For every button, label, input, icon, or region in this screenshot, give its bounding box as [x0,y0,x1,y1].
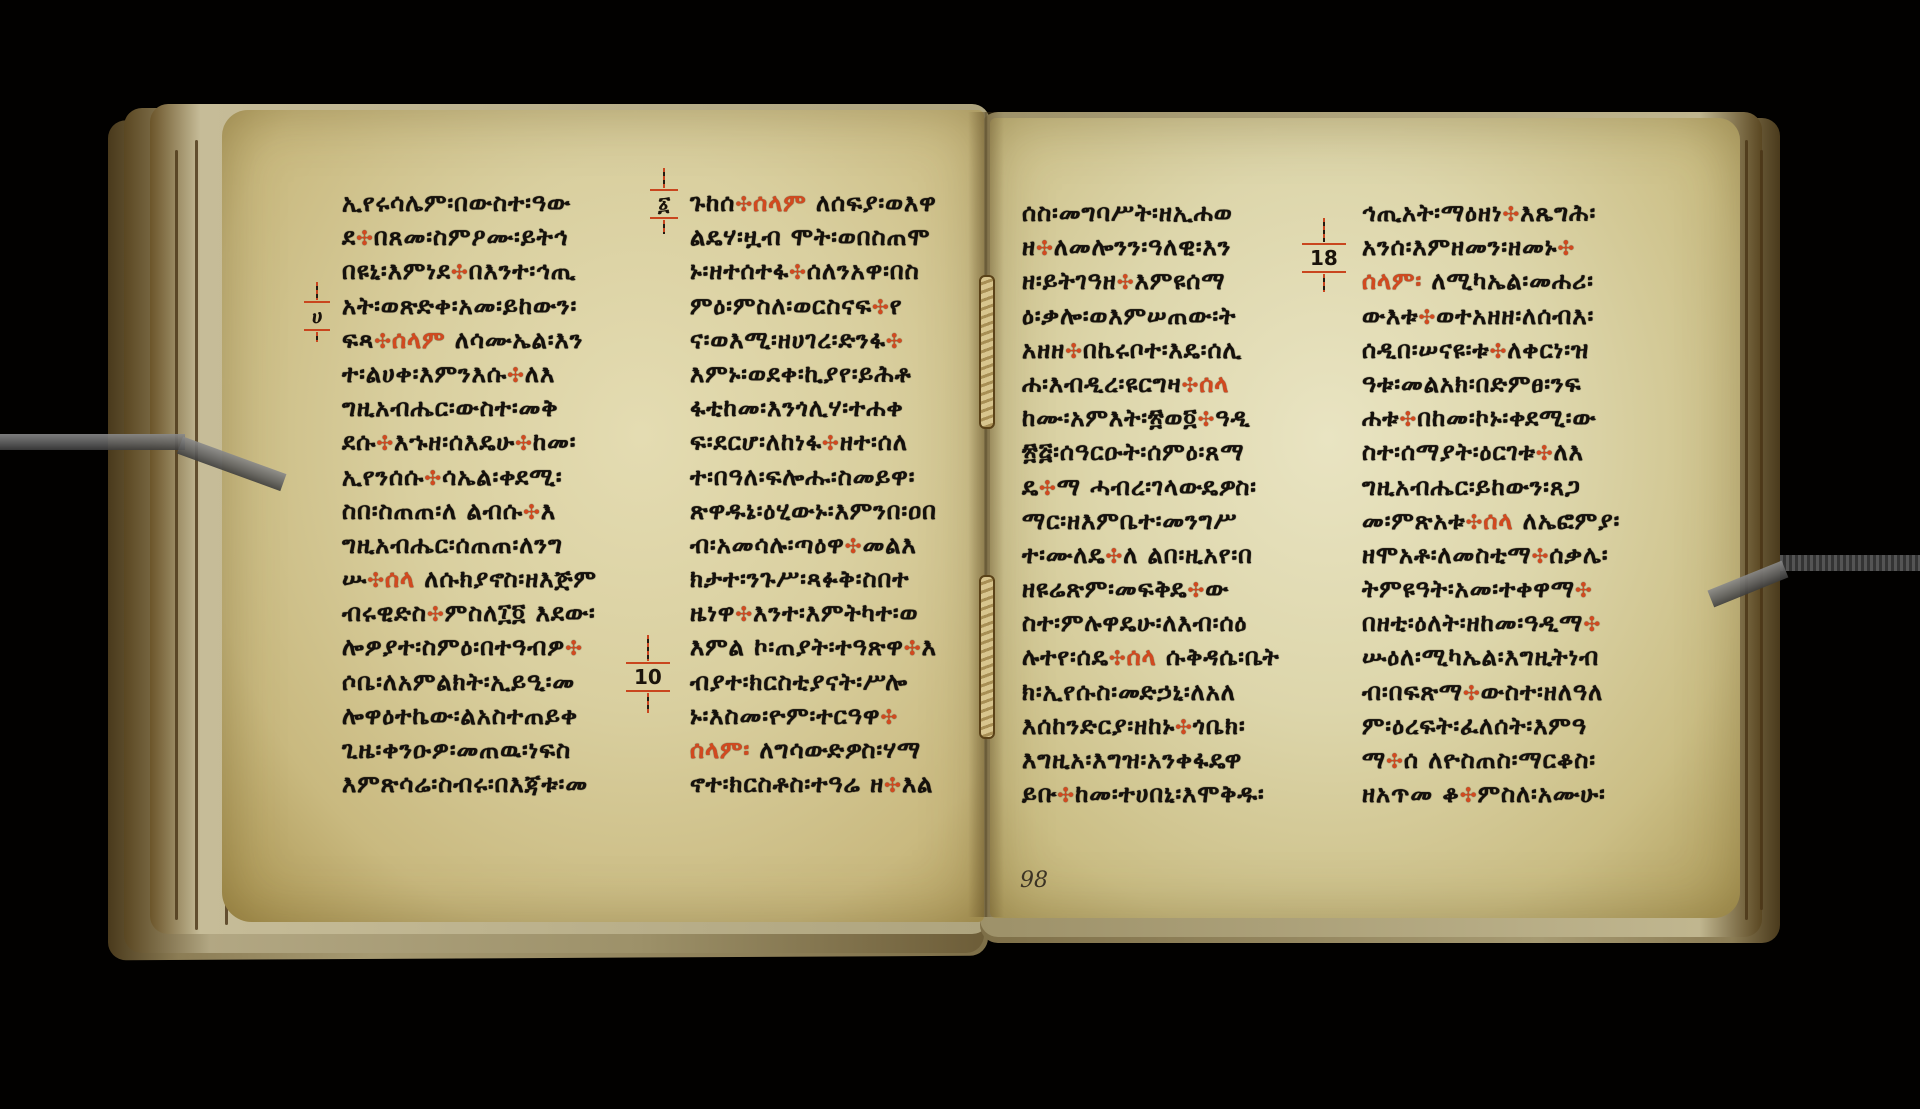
page-edge-line [1745,140,1748,920]
manuscript-line: ተ፡ልሀቀ፡እምንእሱ✣ለእ [342,357,597,391]
manuscript-line: ኅጢአት፡ማዕዘነ✣እጼግሕ፡ [1362,196,1620,230]
manuscript-line: ማ✣ሰ ለዮስጠስ፡ማርቆስ፡ [1362,743,1620,777]
manuscript-line: ሡ✣ሰላ ለሱክያኖስ፡ዘእጅም [342,562,597,596]
marker-label: ፩ [658,192,670,216]
page-edge-line [1760,150,1763,910]
manuscript-line: ፳፭፡ሰዓርዑት፡ሰምዕ፡ጸማ [1022,435,1280,469]
text-column-4: ኅጢአት፡ማዕዘነ✣እጼግሕ፡አንሰ፡እምዘመን፡ዘመኑ✣ሰላም፡ ለሚካኤል፡… [1362,196,1620,811]
spine-stitch [979,275,995,429]
manuscript-line: ብሩዊድስ✣ምስለ፲፬ እደው፡ [342,596,597,630]
manuscript-line: ዕ፡ቃሎ፡ወእምሠጠው፡ት [1022,299,1280,333]
manuscript-line: ጊዜ፡ቀንዑዎ፡መጠዉ፡ነፍስ [342,733,597,767]
manuscript-line: ጽዋዱኔ፡ዕሂውኑ፡እምንበ፡ዐበ [690,494,937,528]
page-edge-line [195,140,198,930]
manuscript-line: ማር፡ዘእምቤተ፡መንግሥ [1022,504,1280,538]
manuscript-line: ሐ፡እብዲረ፡ዩርግዛ✣ሰላ [1022,367,1280,401]
manuscript-line: እሰከንድርያ፡ዘከኑ✣ጎቤክ፡ [1022,709,1280,743]
manuscript-line: ዜነዋ✣እንተ፡እምትካተ፡ወ [690,596,937,630]
manuscript-line: ጉከሰ✣ሰላም ለሰፍያ፡ወእዋ [690,186,937,220]
manuscript-line: ሡዕለ፡ሚካኤል፡እግዚትነብ [1362,640,1620,674]
manuscript-line: ይቡ✣ከመ፡ተሀበኒ፡እሞቅዱ፡ [1022,777,1280,811]
manuscript-line: በዩኒ፡እምነደ✣በእንተ፡ኅጢ [342,254,597,288]
manuscript-line: ኖተ፡ክርስቶስ፡ተዓሬ ዘ✣እል [690,767,937,801]
manuscript-line: አንሰ፡እምዘመን፡ዘመኑ✣ [1362,230,1620,264]
page-edge-line [175,150,178,920]
manuscript-line: ዴ✣ማ ሓብረ፡ገላውዴዎስ፡ [1022,470,1280,504]
manuscript-line: ዘ፡ይትገዓዘ✣እምዩሰማ [1022,264,1280,298]
margin-section-marker: 18 [1310,218,1338,292]
manuscript-line: ዘ✣ለመሎንን፡ዓለዊ፡እን [1022,230,1280,264]
left-page-clip [0,434,185,450]
manuscript-line: ዘአጥመ ቆ✣ምስለ፡አሙሁ፡ [1362,777,1620,811]
manuscript-line: ዘሞአቶ፡ለመስቲማ✣ሰቃሌ፡ [1362,538,1620,572]
manuscript-line: ሎዎያተ፡ስምዕ፡በተዓብዎ✣ [342,630,597,664]
manuscript-line: ክ፡ኢየሱስ፡መድኃኒ፡ለአለ [1022,675,1280,709]
manuscript-line: ኢየንሰሱ✣ሳኤል፡ቀደሚ፡ [342,460,597,494]
manuscript-line: ሎዋዕተኬው፡ልአስተጠይቀ [342,699,597,733]
manuscript-line: ምዕ፡ምስለ፡ወርስናፍ✣የ [690,289,937,323]
manuscript-line: ና፡ወእሚ፡ዘሀገረ፡ድንፋ✣ [690,323,937,357]
manuscript-line: ፋቲከመ፡እንጎሊሃ፡ተሐቀ [690,391,937,425]
manuscript-line: ግዚአብሔር፡ሰጠጠ፡ለንግ [342,528,597,562]
manuscript-line: ሶቤ፡ለአምልክት፡ኢይዒ፡መ [342,665,597,699]
manuscript-line: ሰላም፡ ለግሳውድዎስ፡ሃማ [690,733,937,767]
marker-label: 10 [634,665,662,689]
manuscript-line: ደ✣በጸመ፡ስምዖሙ፡ይትኅ [342,220,597,254]
manuscript-line: ም፡ዕረፍት፡ፈለሰት፡እምዓ [1362,709,1620,743]
manuscript-line: ልዴሃ፡ዟብ ሞት፡ወበስጠሞ [690,220,937,254]
manuscript-line: ደሱ✣እኁዘ፡ሰእዴሁ✣ከመ፡ [342,425,597,459]
manuscript-line: ፍ፡ደርሆ፡ለከነፋ✣ዘተ፡ሰለ [690,425,937,459]
spine-gutter [968,112,1004,917]
manuscript-line: ሰስ፡መግባሥት፡ዘኢሐወ [1022,196,1280,230]
manuscript-line: ኑ፡እስመ፡ዮም፡ተርዓዋ✣ [690,699,937,733]
marker-label: ሀ [312,304,322,328]
manuscript-line: ዓቱ፡መልአክ፡በድምፀ፡ንፍ [1362,367,1620,401]
manuscript-line: ሰዲበ፡ሠናዩ፡ቱ✣ለቀርነ፡ዝ [1362,333,1620,367]
manuscript-line: ግዚአብሔር፡ውስተ፡መቅ [342,391,597,425]
manuscript-line: እግዚአ፡እግዝ፡አንቀፋዴዋ [1022,743,1280,777]
text-column-1: ኢየሩሳሌም፡በውስተ፡ዓውደ✣በጸመ፡ስምዖሙ፡ይትኅበዩኒ፡እምነደ✣በእን… [342,186,597,801]
spine-stitch [979,575,995,739]
manuscript-line: አት፡ወጽድቀ፡አመ፡ይከውን፡ [342,289,597,323]
marker-label: 18 [1310,246,1338,270]
folio-number: 98 [1020,868,1048,893]
manuscript-line: ኢየሩሳሌም፡በውስተ፡ዓው [342,186,597,220]
manuscript-line: ተ፡ሙለዴ✣ለ ልበ፡ዚአየ፡በ [1022,538,1280,572]
manuscript-line: ሉተየ፡ሰዴ✣ሰላ ሱቅዳሴ፡ቤት [1022,640,1280,674]
manuscript-line: ተ፡በዓለ፡ፍሎሑ፡ስመይዋ፡ [690,460,937,494]
black-background: ኢየሩሳሌም፡በውስተ፡ዓውደ✣በጸመ፡ስምዖሙ፡ይትኅበዩኒ፡እምነደ✣በእን… [0,0,1920,1109]
right-page-clip [1780,555,1920,571]
manuscript-line: እምል ኮ፡ጠያት፡ተዓጽዋ✣እ [690,630,937,664]
margin-section-marker: ሀ [312,282,322,342]
manuscript-line: ዘዩሬጽም፡መፍቅዴ✣ው [1022,572,1280,606]
manuscript-line: ስተ፡ምሉዋዴሁ፡ለእብ፡ሰዕ [1022,606,1280,640]
manuscript-line: ስተ፡ሰማያት፡ዕርገቱ✣ለእ [1362,435,1620,469]
text-column-3: ሰስ፡መግባሥት፡ዘኢሐወዘ✣ለመሎንን፡ዓለዊ፡እንዘ፡ይትገዓዘ✣እምዩሰማ… [1022,196,1280,811]
manuscript-line: ሐቱ✣በከመ፡ኮኑ፡ቀደሚ፡ው [1362,401,1620,435]
manuscript-line: ስበ፡ስጠጠ፡ለ ልብሱ✣እ [342,494,597,528]
manuscript-line: ኑ፡ዘተሰተፋ✣ሰለንአዋ፡በስ [690,254,937,288]
manuscript-line: ክታተ፡ንጉሥ፡ጻፉቅ፡ስበተ [690,562,937,596]
manuscript-line: ብ፡በፍጽማ✣ውስተ፡ዘለዓለ [1362,675,1620,709]
margin-section-marker: ፩ [658,168,670,234]
manuscript-line: እምጽሳሬ፡ስብሩ፡በእጃቱ፡መ [342,767,597,801]
manuscript-line: ግዚአብሔር፡ይከውን፡ጸጋ [1362,470,1620,504]
manuscript-line: እምኑ፡ወደቀ፡ኪያየ፡ይሕቶ [690,357,937,391]
manuscript-line: መ፡ምጽአቱ✣ሰላ ለኤፎምያ፡ [1362,504,1620,538]
manuscript-line: በዘቲ፡ዕለት፡ዘከመ፡ዓዲማ✣ [1362,606,1620,640]
manuscript-line: ከሙ፡አምእት፡፳ወ፬✣ዓዲ [1022,401,1280,435]
manuscript-line: ውእቱ✣ወተአዘዘ፡ለሰብእ፡ [1362,299,1620,333]
manuscript-line: ፍጻ✣ሰላም ለሳሙኤል፡እን [342,323,597,357]
text-column-2: ጉከሰ✣ሰላም ለሰፍያ፡ወእዋልዴሃ፡ዟብ ሞት፡ወበስጠሞኑ፡ዘተሰተፋ✣ሰ… [690,186,937,801]
manuscript-line: ብያተ፡ክርስቲያናት፡ሥሎ [690,665,937,699]
manuscript-line: ብ፡አመሳሉ፡ጣዕዋ✣መልእ [690,528,937,562]
margin-section-marker: 10 [634,635,662,713]
manuscript-line: ትምዩዓት፡አመ፡ተቀዋማ✣ [1362,572,1620,606]
manuscript-line: አዘዘ✣በኬሩቦተ፡እዴ፡ሰሊ [1022,333,1280,367]
manuscript-line: ሰላም፡ ለሚካኤል፡መሐሪ፡ [1362,264,1620,298]
